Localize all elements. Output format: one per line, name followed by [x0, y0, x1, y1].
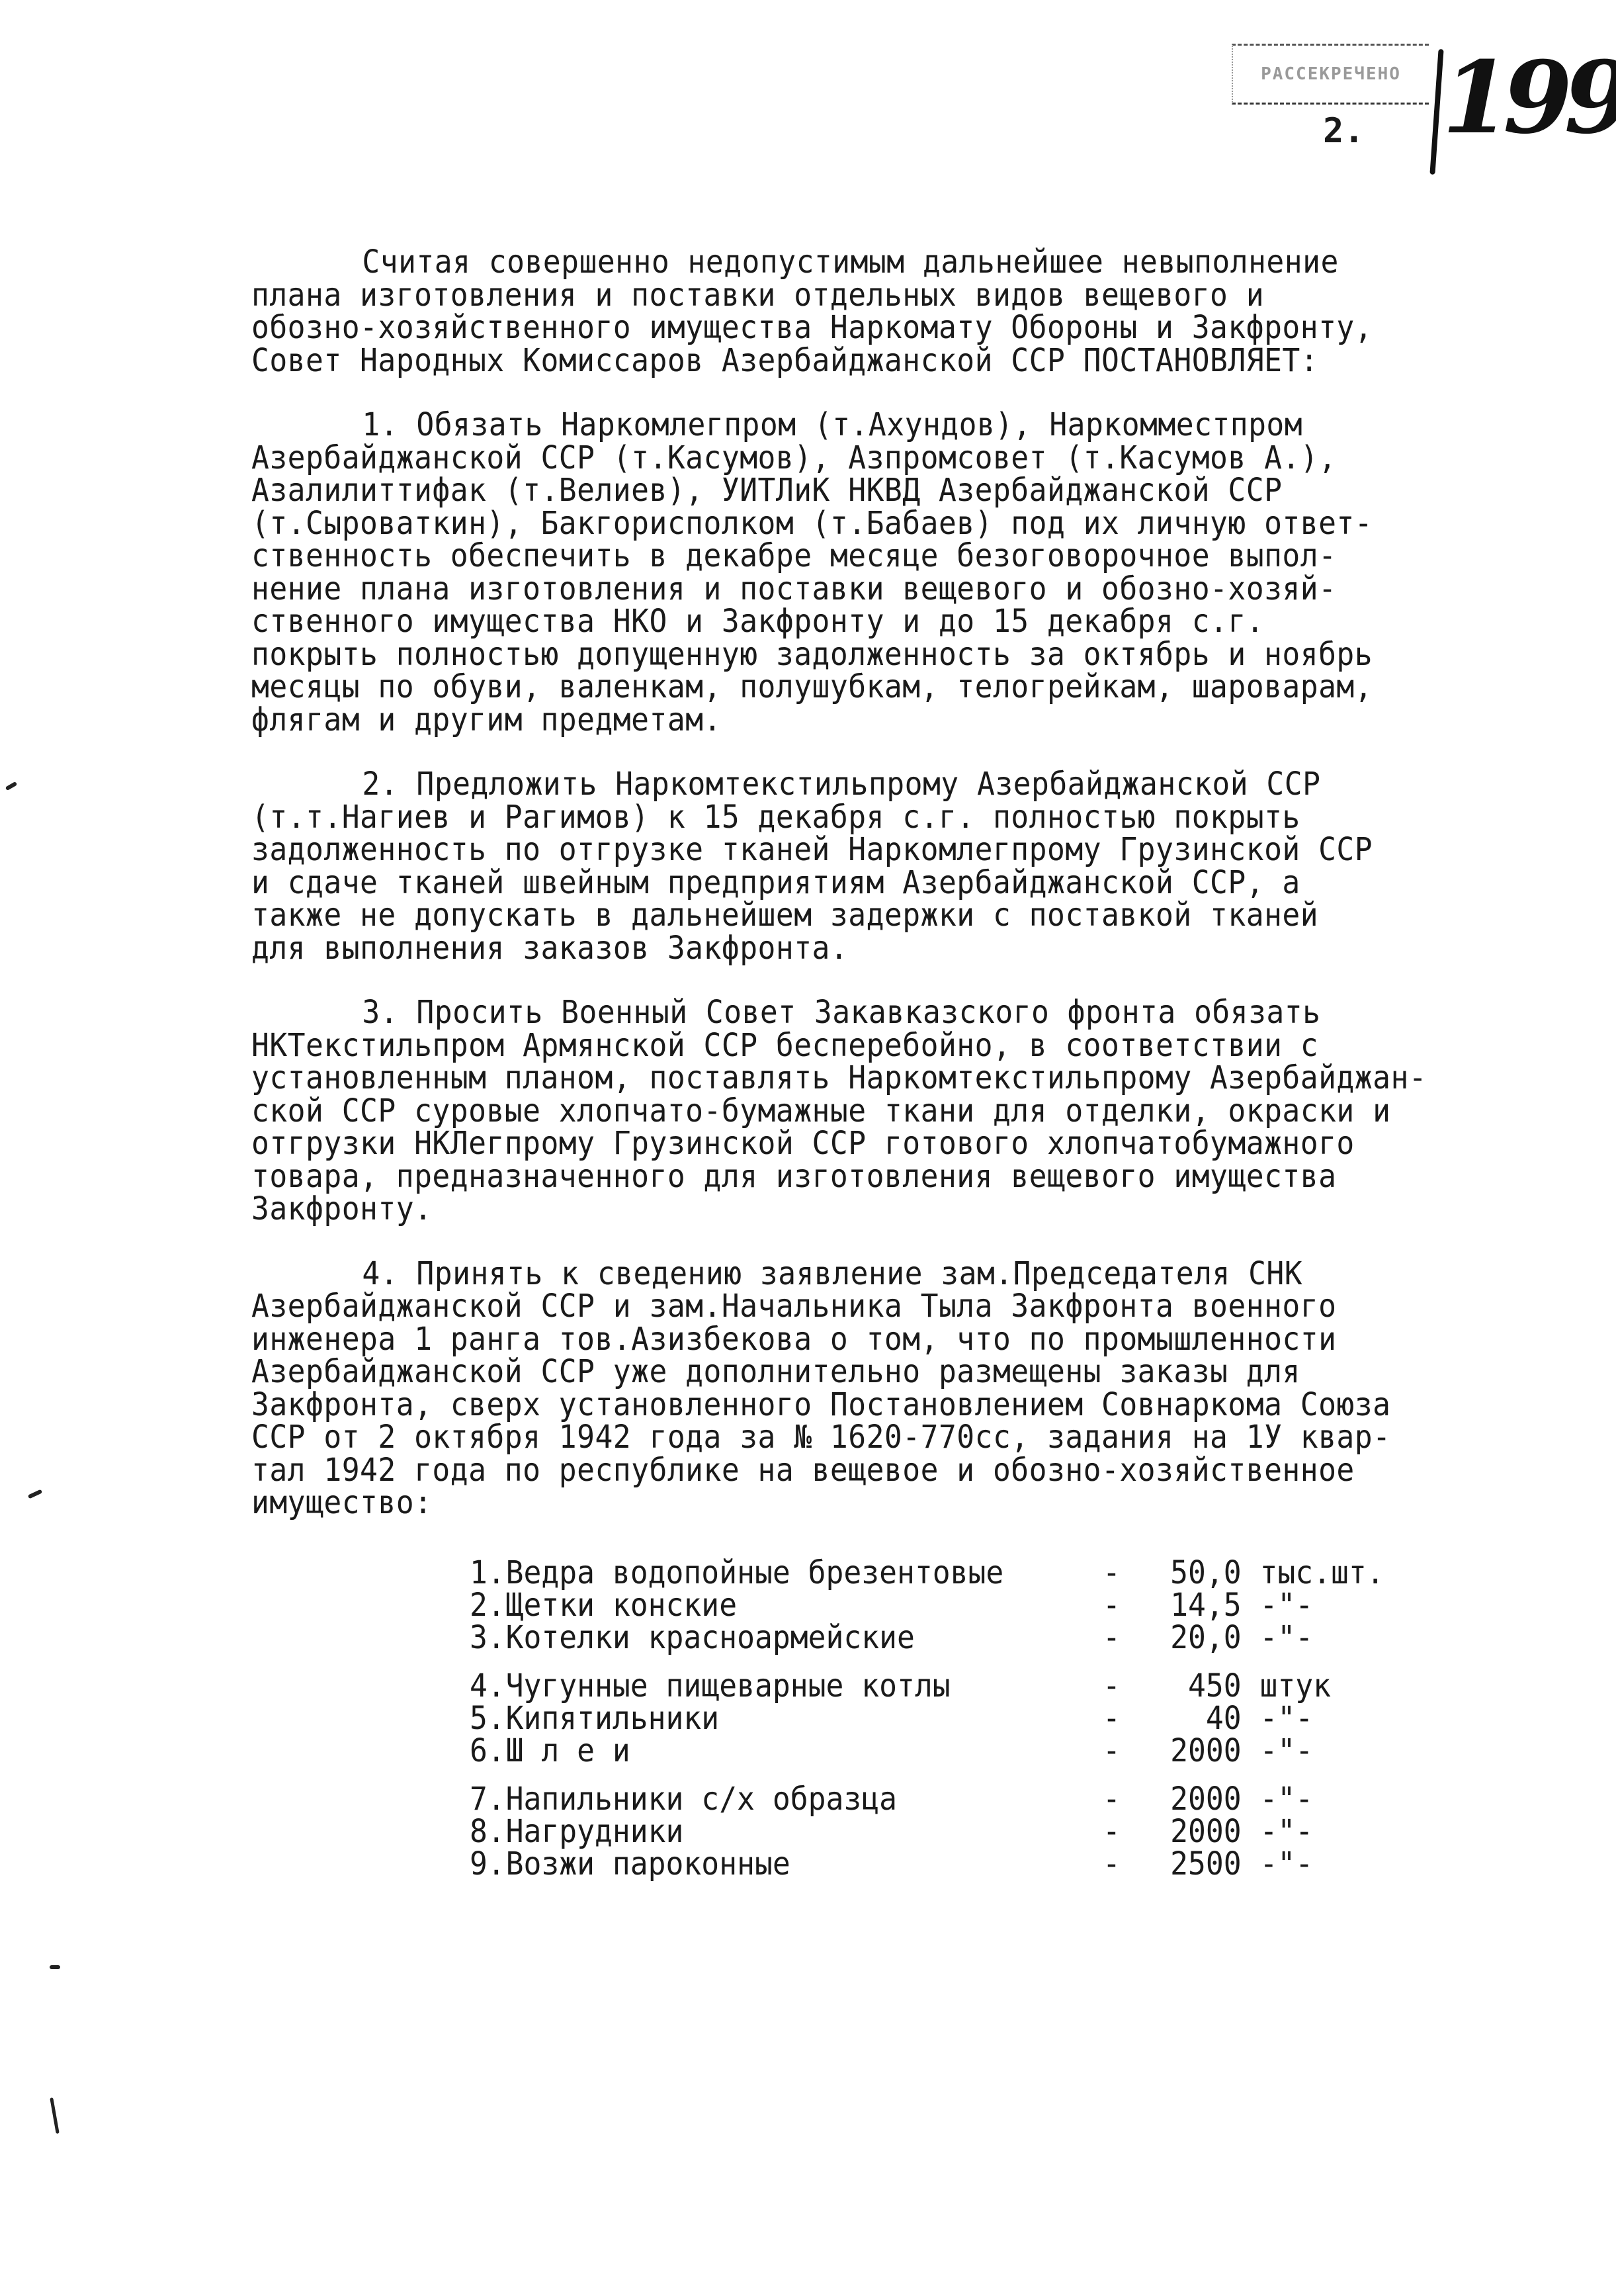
item-name: Кипятильники — [506, 1702, 1103, 1735]
point-1-line: ственность обеспечить в декабре месяце б… — [251, 540, 1469, 573]
order-item-row: 6.Ш л е и-2000-"- — [470, 1735, 1392, 1767]
point-1-line: ственного имущества НКО и Закфронту и до… — [251, 605, 1469, 639]
declassified-stamp: РАССЕКРЕЧЕНО — [1232, 44, 1429, 105]
order-item-row: 4.Чугунные пищеварные котлы-450штук — [470, 1670, 1392, 1702]
item-dash: - — [1103, 1848, 1151, 1880]
additional-orders-list: 1.Ведра водопойные брезентовые-50,0тыс.ш… — [470, 1557, 1392, 1880]
item-unit: -"- — [1242, 1816, 1392, 1848]
item-name: Щетки конские — [506, 1589, 1103, 1622]
resolution-body: Считая совершенно недопустимым дальнейше… — [251, 246, 1469, 1520]
point-4-line: инженера 1 ранга тов.Азизбекова о том, ч… — [251, 1323, 1469, 1356]
item-number: 4. — [470, 1670, 506, 1702]
item-unit: штук — [1242, 1670, 1392, 1702]
preamble-line: обозно-хозяйственного имущества Наркомат… — [251, 312, 1469, 345]
page-number: 2. — [1323, 111, 1365, 151]
point-3-line: установленным планом, поставлять Наркомт… — [251, 1062, 1469, 1095]
item-unit: -"- — [1242, 1783, 1392, 1816]
point-1-line: (т.Сыроваткин), Бакгорисполком (т.Бабаев… — [251, 508, 1469, 541]
point-3-line: ской ССР суровые хлопчато-бумажные ткани… — [251, 1095, 1469, 1128]
point-2-line: задолженность по отгрузке тканей Наркомл… — [251, 834, 1469, 867]
point-2-line: также не допускать в дальнейшем задержки… — [251, 899, 1469, 932]
item-name: Котелки красноармейские — [506, 1622, 1103, 1654]
item-quantity: 2000 — [1151, 1816, 1242, 1848]
item-number: 6. — [470, 1735, 506, 1767]
item-dash: - — [1103, 1783, 1151, 1816]
point-2-line: и сдаче тканей швейным предприятиям Азер… — [251, 867, 1469, 900]
point-4-line: имущество: — [251, 1487, 1469, 1520]
item-quantity: 450 — [1151, 1670, 1242, 1702]
point-3-line: Закфронту. — [251, 1193, 1469, 1226]
item-name: Ведра водопойные брезентовые — [506, 1557, 1103, 1589]
item-number: 9. — [470, 1848, 506, 1880]
item-quantity: 2000 — [1151, 1783, 1242, 1816]
item-number: 2. — [470, 1589, 506, 1622]
item-quantity: 20,0 — [1151, 1622, 1242, 1654]
item-unit: -"- — [1242, 1589, 1392, 1622]
preamble-line: плана изготовления и поставки отдельных … — [251, 279, 1469, 312]
paragraph-gap — [251, 377, 1469, 409]
item-name: Напильники с/х образца — [506, 1783, 1103, 1816]
point-4-line: ССР от 2 октября 1942 года за № 1620-770… — [251, 1421, 1469, 1454]
order-item-row: 1.Ведра водопойные брезентовые-50,0тыс.ш… — [470, 1557, 1392, 1589]
item-quantity: 2000 — [1151, 1735, 1242, 1767]
scan-artifact-mark — [5, 781, 18, 791]
point-4-line: Закфронта, сверх установленного Постанов… — [251, 1389, 1469, 1422]
point-4-line: тал 1942 года по республике на вещевое и… — [251, 1454, 1469, 1487]
point-4-line: 4. Принять к сведению заявление зам.Пред… — [251, 1258, 1469, 1291]
document-page: РАССЕКРЕЧЕНО 2. 199 Считая совершенно не… — [0, 0, 1616, 2296]
item-dash: - — [1103, 1816, 1151, 1848]
handwritten-folio-number: 199 — [1442, 40, 1616, 156]
item-quantity: 14,5 — [1151, 1589, 1242, 1622]
item-dash: - — [1103, 1670, 1151, 1702]
item-quantity: 50,0 — [1151, 1557, 1242, 1589]
point-1-line: покрыть полностью допущенную задолженнос… — [251, 639, 1469, 672]
point-1-line: 1. Обязать Наркомлегпром (т.Ахундов), На… — [251, 409, 1469, 442]
item-number: 8. — [470, 1816, 506, 1848]
preamble-line: Считая совершенно недопустимым дальнейше… — [251, 246, 1469, 279]
item-unit: -"- — [1242, 1848, 1392, 1880]
item-number: 5. — [470, 1702, 506, 1735]
point-2-line: (т.т.Нагиев и Рагимов) к 15 декабря с.г.… — [251, 801, 1469, 834]
scan-artifact-mark — [50, 1965, 60, 1969]
point-3-line: 3. Просить Военный Совет Закавказского ф… — [251, 996, 1469, 1030]
item-dash: - — [1103, 1702, 1151, 1735]
item-name: Ш л е и — [506, 1735, 1103, 1767]
point-1-line: месяцы по обуви, валенкам, полушубкам, т… — [251, 671, 1469, 704]
order-item-row: 9.Возжи пароконные-2500-"- — [470, 1848, 1392, 1880]
order-item-row: 3.Котелки красноармейские-20,0-"- — [470, 1622, 1392, 1654]
point-1-line: Азербайджанской ССР (т.Касумов), Азпромс… — [251, 442, 1469, 475]
point-4-line: Азербайджанской ССР уже дополнительно ра… — [251, 1356, 1469, 1389]
item-name: Нагрудники — [506, 1816, 1103, 1848]
item-unit: -"- — [1242, 1702, 1392, 1735]
item-name: Возжи пароконные — [506, 1848, 1103, 1880]
paragraph-gap — [251, 965, 1469, 996]
point-4-line: Азербайджанской ССР и зам.Начальника Тыл… — [251, 1290, 1469, 1323]
item-dash: - — [1103, 1735, 1151, 1767]
item-dash: - — [1103, 1557, 1151, 1589]
point-1-line: нение плана изготовления и поставки веще… — [251, 573, 1469, 606]
item-number: 3. — [470, 1622, 506, 1654]
item-dash: - — [1103, 1622, 1151, 1654]
point-3-line: товара, предназначенного для изготовлени… — [251, 1161, 1469, 1194]
item-quantity: 40 — [1151, 1702, 1242, 1735]
point-3-line: НКТекстильпром Армянской ССР бесперебойн… — [251, 1030, 1469, 1063]
item-dash: - — [1103, 1589, 1151, 1622]
order-item-row: 8.Нагрудники-2000-"- — [470, 1816, 1392, 1848]
item-unit: -"- — [1242, 1735, 1392, 1767]
point-1-line: флягам и другим предметам. — [251, 704, 1469, 737]
paragraph-gap — [251, 736, 1469, 768]
item-number: 1. — [470, 1557, 506, 1589]
point-2-line: для выполнения заказов Закфронта. — [251, 932, 1469, 965]
item-unit: -"- — [1242, 1622, 1392, 1654]
order-item-row: 2.Щетки конские-14,5-"- — [470, 1589, 1392, 1622]
point-2-line: 2. Предложить Наркомтекстильпрому Азерба… — [251, 768, 1469, 801]
preamble-line: Совет Народных Комиссаров Азербайджанско… — [251, 345, 1469, 378]
item-number: 7. — [470, 1783, 506, 1816]
paragraph-gap — [251, 1226, 1469, 1258]
order-item-row: 5.Кипятильники-40-"- — [470, 1702, 1392, 1735]
item-name: Чугунные пищеварные котлы — [506, 1670, 1103, 1702]
scan-artifact-mark — [28, 1489, 42, 1499]
item-unit: тыс.шт. — [1242, 1557, 1392, 1589]
point-3-line: отгрузки НКЛегпрому Грузинской ССР готов… — [251, 1127, 1469, 1161]
scan-artifact-mark — [50, 2097, 59, 2134]
order-item-row: 7.Напильники с/х образца-2000-"- — [470, 1783, 1392, 1816]
item-quantity: 2500 — [1151, 1848, 1242, 1880]
point-1-line: Азалилиттифак (т.Велиев), УИТЛиК НКВД Аз… — [251, 474, 1469, 508]
